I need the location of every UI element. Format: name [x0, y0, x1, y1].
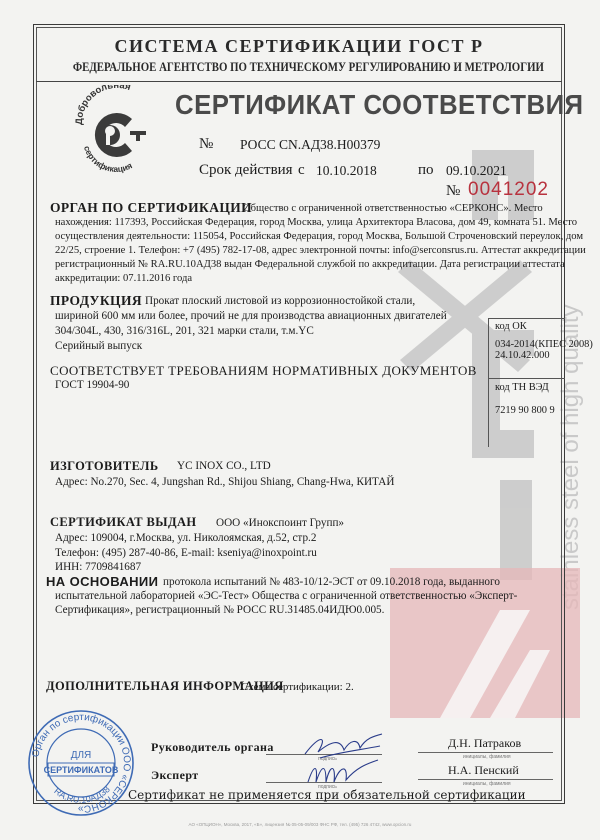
product-heading: ПРОДУКЦИЯ	[50, 293, 142, 309]
basis-line-2: испытательной лабораторией «ЭС-Тест» Общ…	[55, 590, 517, 604]
product-line-3: 304/304L, 430, 316/316L, 201, 321 марки …	[55, 325, 314, 339]
expert-name-caption: инициалы, фамилия	[463, 781, 511, 787]
valid-to-date: 09.10.2021	[446, 163, 507, 179]
tnved-code-value: 7219 90 800 9	[495, 405, 555, 416]
head-name-caption: инициалы, фамилия	[463, 754, 511, 760]
compliance-heading: СООТВЕТСТВУЕТ ТРЕБОВАНИЯМ НОРМАТИВНЫХ ДО…	[50, 363, 477, 379]
manufacturer-name: YC INOX CO., LTD	[177, 460, 271, 474]
certification-scheme: Схема сертификации: 2.	[241, 681, 354, 695]
basis-heading: НА ОСНОВАНИИ	[46, 574, 158, 589]
agency-title: ФЕДЕРАЛЬНОЕ АГЕНТСТВО ПО ТЕХНИЧЕСКОМУ РЕ…	[73, 60, 525, 75]
basis-line-3: Сертификация», регистрационный № РОСС RU…	[55, 604, 384, 618]
from-label: с	[298, 162, 305, 179]
printer-info: АО «ОПЦИОН», Москва, 2017, «Б», лицензия…	[0, 822, 600, 827]
certification-body-line-6: аккредитации: 07.11.2016 года	[55, 272, 192, 286]
manufacturer-heading: ИЗГОТОВИТЕЛЬ	[50, 459, 159, 474]
basis-line-1: протокола испытаний № 483-10/12-ЭСТ от 0…	[163, 576, 500, 590]
certification-body-heading: ОРГАН ПО СЕРТИФИКАЦИИ	[50, 200, 252, 216]
number-label: №	[199, 136, 213, 153]
head-of-body-name: Д.Н. Патраков	[448, 736, 521, 751]
certification-body-line-1: Общество с ограниченной ответственностью…	[243, 202, 543, 216]
rst-logo-icon: Добровольная сертификация	[70, 85, 160, 175]
certification-body-line-2: нахождения: 117393, Российская Федерация…	[55, 216, 577, 230]
certification-body-line-3: осуществления деятельности: 115054, Росс…	[55, 230, 583, 244]
system-title: СИСТЕМА СЕРТИФИКАЦИИ ГОСТ Р	[36, 36, 562, 57]
expert-name: Н.А. Пенский	[448, 763, 519, 778]
svg-text:СЕРТИФИКАТОВ: СЕРТИФИКАТОВ	[44, 765, 119, 775]
certificate-page: stainless steel of high quality СИСТЕМА …	[0, 0, 600, 840]
ok-code-value-2: 24.10.42.000	[495, 350, 550, 361]
issued-to-inn: ИНН: 7709841687	[55, 561, 141, 575]
normative-document: ГОСТ 19904-90	[55, 379, 129, 393]
product-line-2: шириной 600 мм или более, прочий не для …	[55, 310, 447, 324]
manufacturer-address: Адрес: No.270, Sec. 4, Jungshan Rd., Shi…	[55, 476, 394, 490]
svg-text:ДЛЯ: ДЛЯ	[71, 750, 92, 761]
issued-to-contacts: Телефон: (495) 287-40-86, E-mail: kseniy…	[55, 547, 317, 561]
blank-number-label: №	[446, 183, 460, 200]
product-line-1: Прокат плоский листовой из коррозионност…	[145, 295, 415, 309]
product-line-4: Серийный выпуск	[55, 340, 142, 354]
ok-code-value-1: 034-2014(КПЕС 2008)	[495, 339, 593, 350]
certification-stamp-icon: Орган по сертификации ООО «СЕРКОНС» RA.R…	[26, 708, 136, 818]
certification-body-line-4: 22/25, строение 1. Телефон: +7 (495) 782…	[55, 244, 586, 258]
certificate-number: РОСС CN.АД38.Н00379	[240, 137, 380, 153]
issued-to-address: Адрес: 109004, г.Москва, ул. Николоямска…	[55, 532, 316, 546]
to-label: по	[418, 162, 434, 179]
certification-body-line-5: регистрационный № RA.RU.10АД38 выдан Фед…	[55, 258, 565, 272]
issued-to-name: ООО «Инокспоинт Групп»	[216, 517, 344, 531]
expert-label: Эксперт	[151, 768, 199, 783]
validity-label: Срок действия	[199, 162, 293, 179]
tnved-code-label: код ТН ВЭД	[495, 382, 549, 393]
expert-name-line	[418, 779, 553, 780]
header-divider	[36, 81, 562, 82]
blank-serial-number: 0041202	[468, 179, 549, 201]
certificate-title: СЕРТИФИКАТ СООТВЕТСТВИЯ	[175, 89, 584, 121]
head-of-body-label: Руководитель органа	[151, 740, 274, 755]
valid-from-date: 10.10.2018	[316, 163, 377, 179]
issued-to-heading: СЕРТИФИКАТ ВЫДАН	[50, 515, 197, 530]
head-name-line	[418, 752, 553, 753]
expert-signature-icon	[300, 758, 390, 786]
ok-code-label: код ОК	[495, 321, 527, 332]
voluntary-note: Сертификат не применяется при обязательн…	[128, 788, 526, 802]
